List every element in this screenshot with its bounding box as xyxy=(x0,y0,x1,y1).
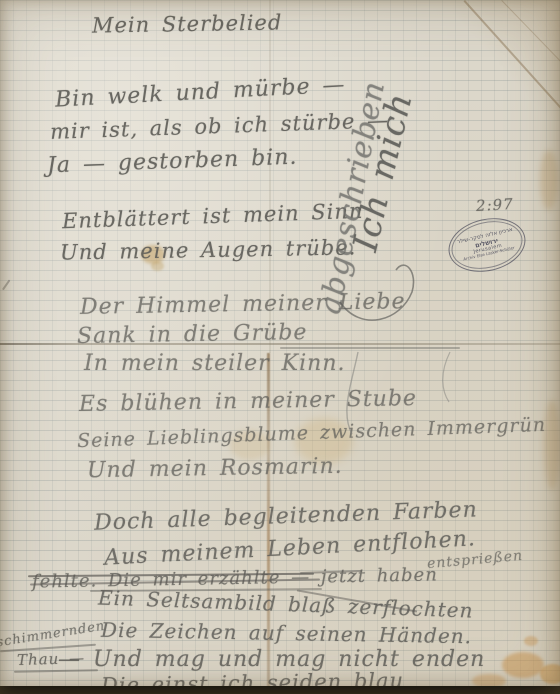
poem-line: Die Zeichen auf seinen Händen. xyxy=(101,618,472,648)
corner-shading xyxy=(450,0,560,120)
poem-line: Und mein Rosmarin. xyxy=(87,454,343,483)
corner-crease-minor xyxy=(501,0,560,65)
scanner-edge-strip xyxy=(0,686,560,694)
poem-line: Ein Seltsambild blaß zerflochten xyxy=(98,585,474,622)
archive-number: 2:97 xyxy=(476,195,515,215)
stain xyxy=(540,664,560,684)
poem-line: Entblättert ist mein Sinn xyxy=(62,199,364,234)
stain xyxy=(544,400,560,490)
poem-line: Es blühen in meiner Stube xyxy=(79,386,417,417)
poem-line: Seine Lieblingsblume zwischen Immergrün xyxy=(77,414,547,452)
stain xyxy=(524,636,538,646)
poem-line: mir ist, als ob ich stürbe — xyxy=(50,108,390,144)
margin-note-left-2: Thau — xyxy=(17,649,86,669)
corner-crease xyxy=(464,0,560,112)
poem-line: Der Himmel meiner Liebe xyxy=(80,289,406,320)
poem-line: Und meine Augen trübe. xyxy=(60,235,357,264)
margin-tick xyxy=(2,279,10,290)
poem-title: Mein Sterbelied xyxy=(92,10,283,37)
pencil-bracket xyxy=(443,352,450,402)
poem-line: Ja — gestorben bin. xyxy=(47,145,298,179)
stain xyxy=(540,150,558,210)
pencil-line xyxy=(280,347,460,349)
archive-stamp: ארכיון אלזה לסקר-שילר ירושלים Jerusalem … xyxy=(443,211,531,279)
manuscript-page: Mein Sterbelied Bin welk und mürbe — mir… xyxy=(0,0,560,694)
stamp-city-hebrew: ירושלים xyxy=(474,237,498,249)
stain xyxy=(502,652,544,678)
poem-line: In mein steiler Kinn. xyxy=(84,351,346,376)
stamp-hebrew-text: ארכיון אלזה לסקר-שילר xyxy=(457,227,514,246)
poem-line: Bin welk und mürbe — xyxy=(55,72,347,112)
poem-line: — Und mag und mag nicht enden xyxy=(58,647,485,672)
poem-line: Sank in die Grübe xyxy=(77,320,308,349)
stamp-city-latin: Jerusalem xyxy=(473,243,503,255)
stamp-archive-latin: Archiv Else Lasker-Schüler xyxy=(463,246,515,262)
